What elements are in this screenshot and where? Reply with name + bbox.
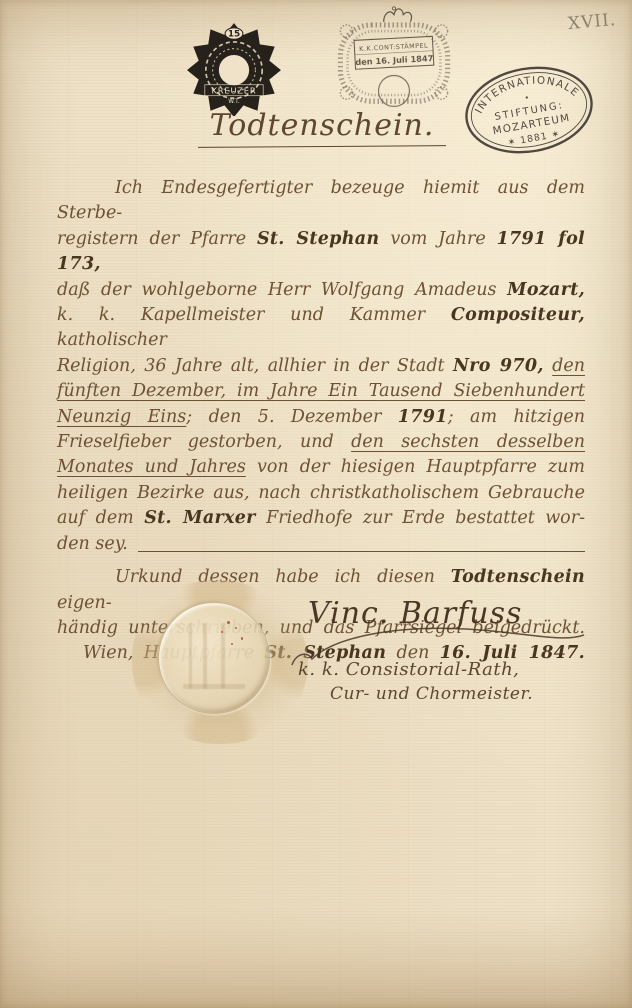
text-line: Monates und Jahres von der hiesigen Haup… xyxy=(57,455,585,480)
text-segment: Todtenschein xyxy=(451,567,585,587)
text-segment: St. Marxer xyxy=(144,508,256,528)
mozarteum-foundation-stamp: INTERNATIONALE • STIFTUNG: MOZARTEUM ✶ 1… xyxy=(453,51,606,170)
embossed-parish-seal xyxy=(132,580,308,744)
text-segment: den sechsten desselben xyxy=(351,432,585,452)
text-segment: Monates und Jahres xyxy=(57,457,246,477)
stamp-unit: KREUZER xyxy=(211,86,256,96)
control-stamp-date: den 16. Juli 1847 xyxy=(355,53,434,67)
text-segment: den xyxy=(552,356,585,376)
wax-speck xyxy=(227,621,230,624)
text-line: daß der wohlgeborne Herr Wolfgang Amadeu… xyxy=(57,278,585,303)
control-stamp-icon: K.K.CONT:STÄMPEL den 16. Juli 1847 xyxy=(328,4,460,116)
wax-speck xyxy=(221,631,223,633)
text-segment: katholischer xyxy=(57,330,167,350)
text-segment: ; den 5. Dezember xyxy=(186,407,398,427)
seal-cathedral-relief xyxy=(183,623,245,689)
wax-speck xyxy=(241,637,243,640)
folio-number-pencil: XVII. xyxy=(567,10,617,34)
text-line: den sey. xyxy=(57,532,585,557)
oval-stamp-icon: INTERNATIONALE • STIFTUNG: MOZARTEUM ✶ 1… xyxy=(453,51,606,170)
text-segment: von der hiesigen Hauptpfarre zum xyxy=(246,457,585,477)
text-segment: Neunzig Eins xyxy=(57,407,186,427)
text-segment: registern der Pfarre xyxy=(57,229,257,249)
revenue-stamp-15-kreuzer: 15 KREUZER W.T. xyxy=(181,20,287,116)
text-line: Ich Endesgefertigter bezeuge hiemit aus … xyxy=(57,176,585,227)
text-line: Neunzig Eins; den 5. Dezember 1791; am h… xyxy=(57,405,585,430)
rosette-stamp-icon: 15 KREUZER W.T. xyxy=(181,20,287,116)
stamp-sub: W.T. xyxy=(228,99,240,105)
signature-role-2: Cur- und Chormeister. xyxy=(286,684,598,704)
text-segment xyxy=(544,356,552,376)
document-title: Todtenschein. xyxy=(198,108,446,143)
text-segment: daß der wohlgeborne Herr Wolfgang Amadeu… xyxy=(57,280,507,300)
fill-rule xyxy=(138,551,585,552)
seal-embossed-disc xyxy=(158,602,270,714)
text-line: registern der Pfarre St. Stephan vom Jah… xyxy=(57,227,585,278)
text-segment: Religion, 36 Jahre alt, allhier in der S… xyxy=(57,356,453,376)
signature-block: Vinc. Barfuss k. k. Consistorial-Rath, C… xyxy=(286,596,598,704)
text-segment: eigen- xyxy=(57,593,112,613)
text-segment: auf dem xyxy=(57,508,144,528)
text-segment: den sey. xyxy=(57,532,128,557)
text-segment: Mozart, xyxy=(507,280,585,300)
text-segment: Ich Endesgefertigter bezeuge hiemit aus … xyxy=(57,178,585,223)
title-block: Todtenschein. xyxy=(198,108,446,147)
text-segment: Friedhofe zur Erde bestattet wor- xyxy=(256,508,585,528)
text-segment: k. k. Kapellmeister und Kammer xyxy=(57,305,451,325)
control-stamp-issuer: K.K.CONT:STÄMPEL xyxy=(359,40,428,53)
stamp-value: 15 xyxy=(228,30,240,40)
text-segment: St. Stephan xyxy=(257,229,379,249)
text-segment: Nro 970, xyxy=(453,356,544,376)
wax-speck xyxy=(235,627,237,629)
text-segment: Frieselfieber gestorben, und xyxy=(57,432,351,452)
wax-speck xyxy=(231,643,233,645)
text-segment: 1791 xyxy=(398,407,448,427)
paragraph-1: Ich Endesgefertigter bezeuge hiemit aus … xyxy=(57,176,585,557)
signature-role-1: k. k. Consistorial-Rath, xyxy=(286,659,598,680)
text-segment: heiligen Bezirke aus, nach christkatholi… xyxy=(57,483,585,503)
text-segment: ; am hitzigen xyxy=(448,407,585,427)
control-stamp-1847: K.K.CONT:STÄMPEL den 16. Juli 1847 xyxy=(328,4,460,116)
text-line: Religion, 36 Jahre alt, allhier in der S… xyxy=(57,354,585,379)
text-line: auf dem St. Marxer Friedhofe zur Erde be… xyxy=(57,506,585,531)
mozarteum-stamp-dot: • xyxy=(524,93,530,103)
title-underline xyxy=(198,145,446,148)
text-line: heiligen Bezirke aus, nach christkatholi… xyxy=(57,481,585,506)
text-segment: fünften Dezember, im Jahre Ein Tausend S… xyxy=(57,381,585,401)
scanned-document-page: 15 KREUZER W.T. xyxy=(0,0,632,1008)
text-line: fünften Dezember, im Jahre Ein Tausend S… xyxy=(57,379,585,404)
text-segment: vom Jahre xyxy=(379,229,496,249)
text-line: k. k. Kapellmeister und Kammer Composite… xyxy=(57,303,585,354)
text-segment: Compositeur, xyxy=(451,305,585,325)
text-line: Frieselfieber gestorben, und den sechste… xyxy=(57,430,585,455)
